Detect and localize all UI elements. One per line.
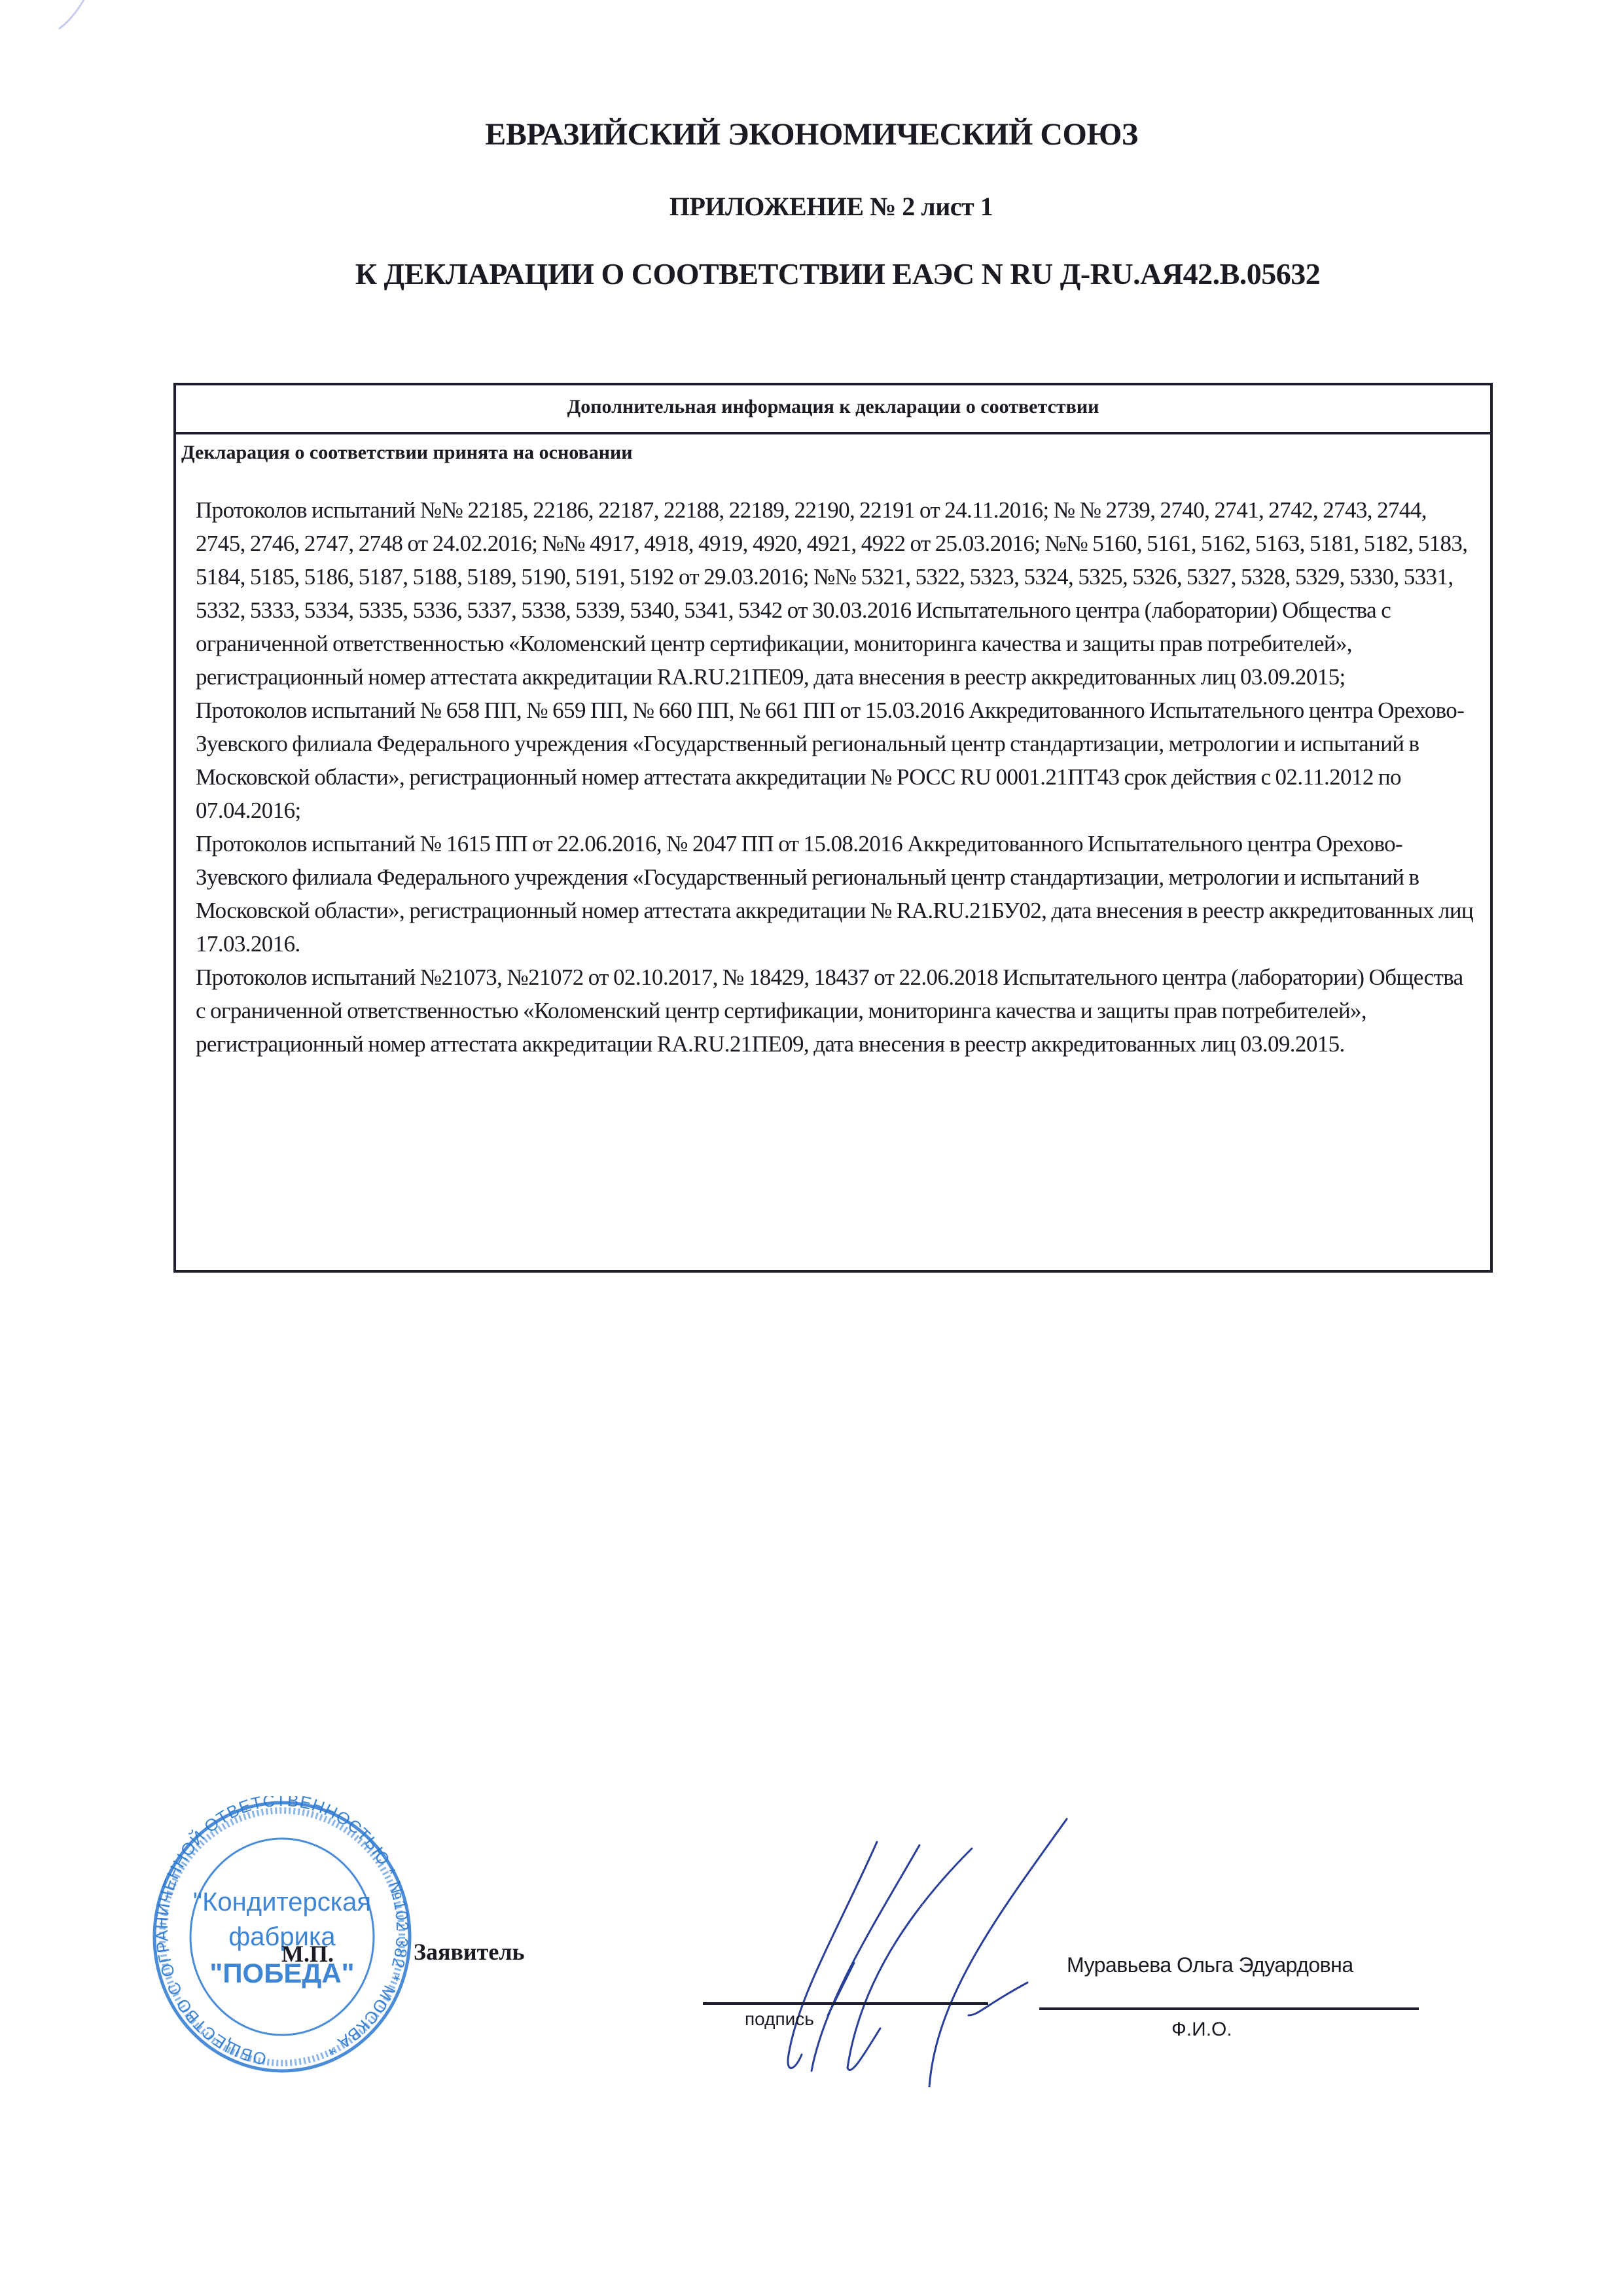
signature-line — [703, 2002, 988, 2005]
basis-paragraph: Протоколов испытаний № 1615 ПП от 22.06.… — [196, 827, 1477, 961]
scan-artifact-mark — [26, 0, 92, 39]
applicant-label: Заявитель — [414, 1938, 525, 1966]
basis-text: Протоколов испытаний №№ 22185, 22186, 22… — [176, 474, 1490, 1061]
appendix-title: ПРИЛОЖЕНИЕ № 2 лист 1 — [20, 191, 1623, 222]
signature-caption: подпись — [745, 2009, 814, 2030]
stamp-place-label: М.П. — [281, 1940, 334, 1968]
fio-caption: Ф.И.О. — [1171, 2019, 1232, 2041]
declaration-title: К ДЕКЛАРАЦИИ О СООТВЕТСТВИИ ЕАЭС N RU Д-… — [26, 256, 1623, 291]
table-title: Дополнительная информация к декларации о… — [176, 385, 1490, 434]
fio-line — [1039, 2007, 1419, 2010]
handwritten-signature — [720, 1780, 1191, 2087]
additional-info-table: Дополнительная информация к декларации о… — [173, 383, 1493, 1273]
signatory-name: Муравьева Ольга Эдуардовна — [1067, 1953, 1353, 1977]
basis-paragraph: Протоколов испытаний № 658 ПП, № 659 ПП,… — [196, 694, 1477, 827]
seal-line-1: "Кондитерская — [193, 1888, 371, 1916]
union-title: ЕВРАЗИЙСКИЙ ЭКОНОМИЧЕСКИЙ СОЮЗ — [0, 116, 1623, 152]
basis-paragraph: Протоколов испытаний №№ 22185, 22186, 22… — [196, 493, 1477, 694]
basis-paragraph: Протоколов испытаний №21073, №21072 от 0… — [196, 961, 1477, 1061]
table-subtitle: Декларация о соответствии принята на осн… — [176, 434, 1490, 474]
